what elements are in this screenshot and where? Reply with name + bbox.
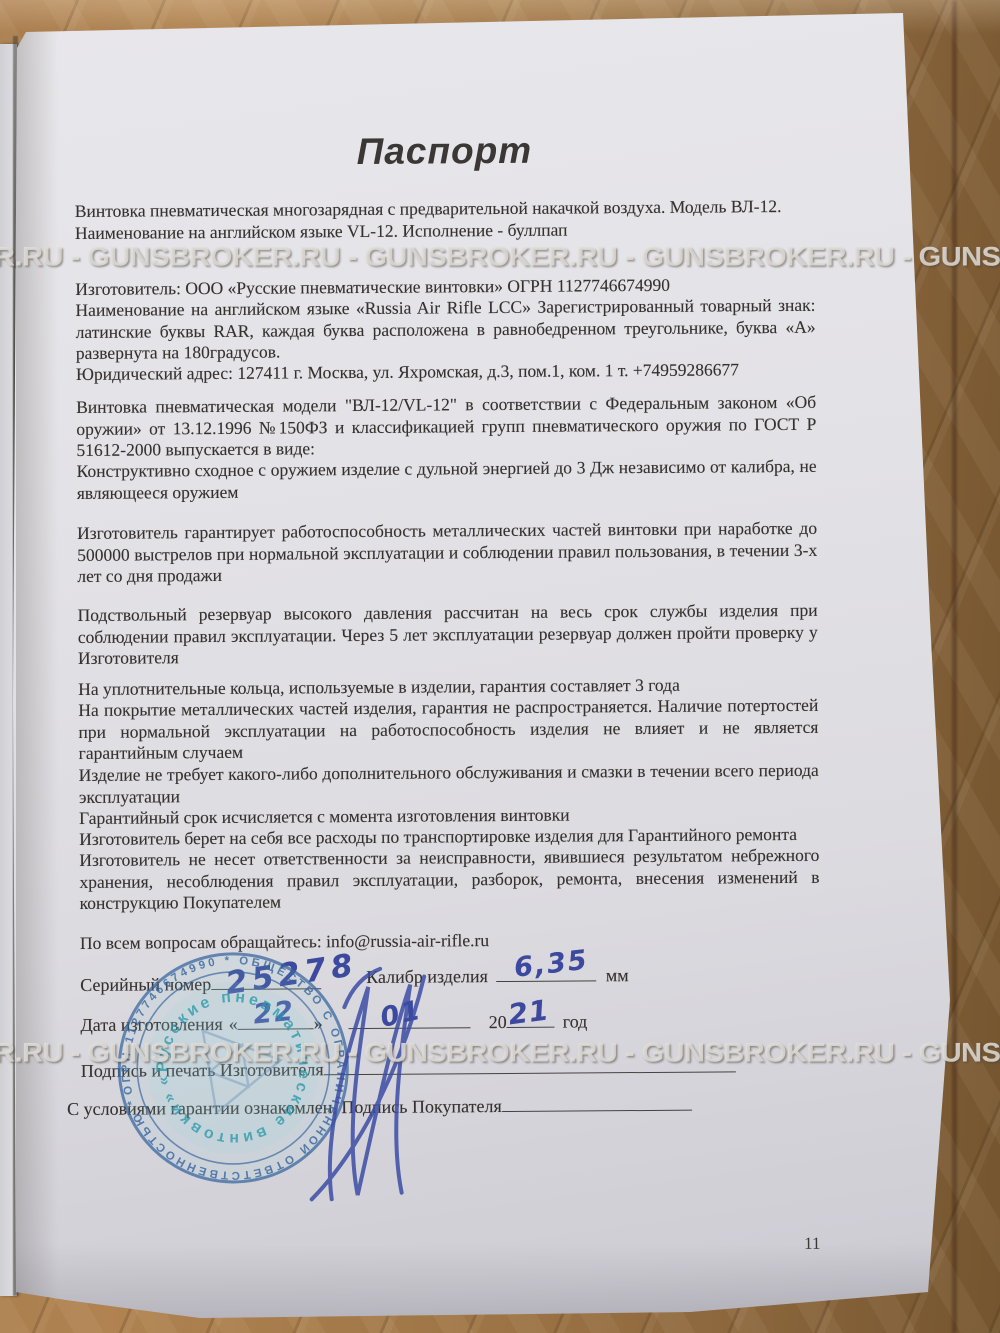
- caliber-unit: мм: [606, 965, 629, 986]
- warranty-shots-paragraph: Изготовитель гарантирует работоспособнос…: [77, 518, 817, 588]
- wood-plank-seam: [952, 0, 957, 1333]
- page-title: Паспорт: [74, 128, 814, 175]
- classification-paragraph: Винтовка пневматическая модели "ВЛ-12/VL…: [76, 392, 816, 462]
- buyer-signature-blank: [502, 1095, 692, 1112]
- trademark-paragraph: Наименование на английском языке «Russia…: [75, 295, 815, 365]
- warranty-item: Изготовитель не несет ответственности за…: [79, 845, 819, 915]
- date-suffix: год: [563, 1011, 588, 1032]
- reservoir-paragraph: Подствольный резервуар высокого давления…: [78, 600, 818, 670]
- page-number: 11: [804, 1234, 821, 1254]
- intro-paragraph: Винтовка пневматическая многозарядная с …: [75, 196, 815, 244]
- date-year-handwritten: 21: [507, 993, 552, 1031]
- date-year-blank: 21: [507, 1012, 555, 1028]
- warranty-item: На покрытие металлических частей изделия…: [78, 695, 818, 765]
- photo-scene: Паспорт Винтовка пневматическая многозар…: [0, 0, 1000, 1333]
- page-content: Паспорт Винтовка пневматическая многозар…: [0, 0, 1000, 1333]
- legal-address-line: Юридический адрес: 127411 г. Москва, ул.…: [76, 359, 816, 386]
- signature-ink: [292, 946, 469, 1209]
- classification-note: Конструктивно сходное с оружием изделие …: [77, 456, 817, 504]
- caliber-blank: 6,35: [496, 965, 596, 982]
- date-century-prefix: 20: [489, 1012, 507, 1033]
- document-page: Паспорт Винтовка пневматическая многозар…: [0, 0, 1000, 1333]
- warranty-item: Изделие не требует какого-либо дополните…: [79, 760, 819, 808]
